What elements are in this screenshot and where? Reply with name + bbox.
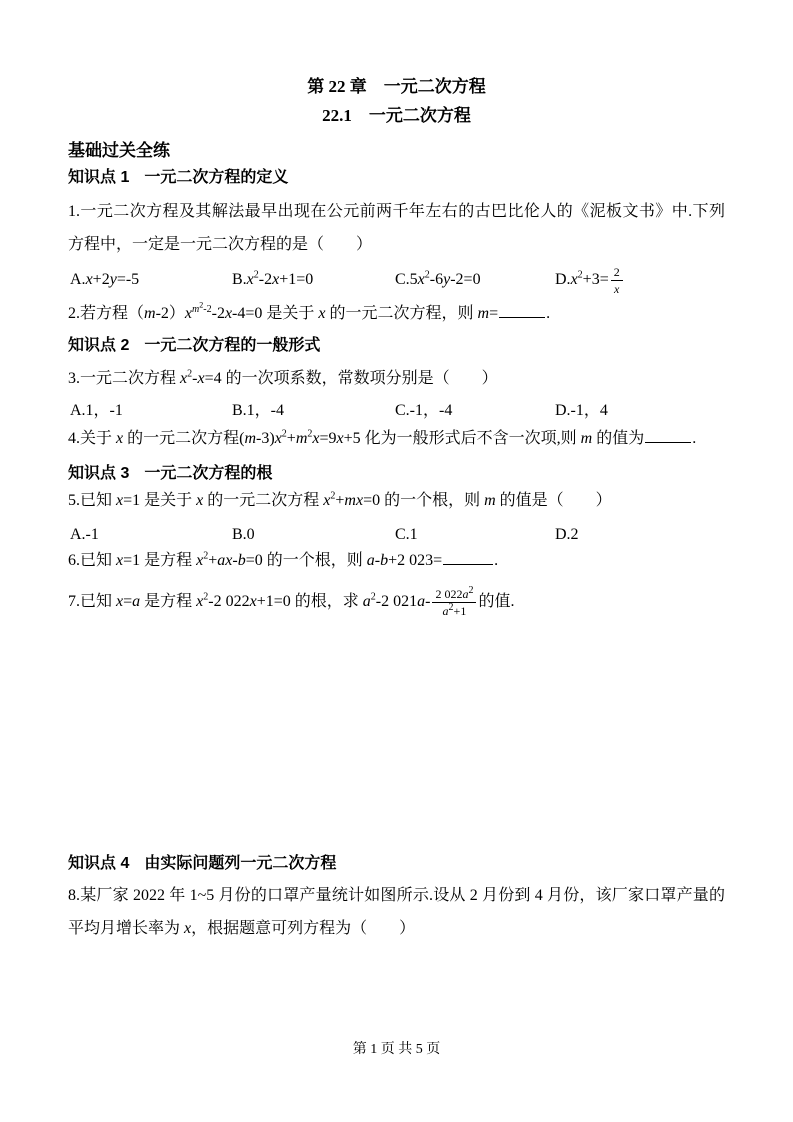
question-4: 4.关于 x 的一元二次方程(m-3)x2+m2x=9x+5 化为一般形式后不含… — [68, 422, 725, 455]
question-6-text: 6.已知 x=1 是方程 x2+ax-b=0 的一个根，则 a-b+2 023= — [68, 552, 442, 569]
knowledge-point-1-heading: 知识点 1一元二次方程的定义 — [68, 166, 725, 190]
fraction-denominator: x — [611, 281, 623, 297]
question-2-text: 2.若方程（m-2）xm2-2-2x-4=0 是关于 x 的一元二次方程，则 m… — [68, 305, 498, 322]
question-7-suffix: 的值. — [478, 593, 514, 610]
question-5-text: 5.已知 x=1 是关于 x 的一元二次方程 x2+mx=0 的一个根，则 m … — [68, 492, 612, 509]
question-1-option-c: C.5x2-6y-2=0 — [395, 270, 555, 290]
question-7: 7.已知 x=a 是方程 x2-2 022x+1=0 的根，求 a2-2 021… — [68, 577, 725, 627]
page-footer: 第 1 页 共 5 页 — [0, 1040, 793, 1060]
question-1-option-d: D.x2+3=2x — [555, 264, 727, 297]
knowledge-point-2-label: 知识点 2 — [68, 337, 129, 354]
fraction-numerator: 2 — [611, 264, 623, 281]
fraction: 2 022a2a2+1 — [432, 586, 476, 619]
question-8-line-2: 平均月增长率为 x，根据题意可列方程为（ ） — [68, 912, 725, 945]
question-2: 2.若方程（m-2）xm2-2-2x-4=0 是关于 x 的一元二次方程，则 m… — [68, 297, 725, 330]
question-1-option-b: B.x2-2x+1=0 — [232, 270, 395, 290]
knowledge-point-1-title: 一元二次方程的定义 — [144, 169, 288, 186]
question-4-text: 4.关于 x 的一元二次方程(m-3)x2+m2x=9x+5 化为一般形式后不含… — [68, 430, 644, 447]
fraction: 2x — [611, 264, 623, 297]
subsection-title: 22.1 一元二次方程 — [68, 103, 725, 129]
question-1: 1.一元二次方程及其解法最早出现在公元前两千年左右的古巴比伦人的《泥板文书》中.… — [68, 195, 725, 261]
question-8-line-1: 8.某厂家 2022 年 1~5 月份的口罩产量统计如图所示.设从 2 月份到 … — [68, 879, 725, 912]
question-7-text: 7.已知 x=a 是方程 x2-2 022x+1=0 的根，求 a2-2 021… — [68, 593, 430, 610]
answer-blank — [443, 549, 493, 565]
question-3: 3.一元二次方程 x2-x=4 的一次项系数，常数项分别是（ ） — [68, 362, 725, 395]
chapter-title: 第 22 章 一元二次方程 — [68, 74, 725, 100]
question-1-option-a: A.x+2y=-5 — [70, 270, 232, 290]
answer-blank — [645, 427, 691, 443]
question-4-period: . — [692, 430, 696, 447]
question-2-period: . — [546, 305, 550, 322]
worksheet-page: 第 22 章 一元二次方程 22.1 一元二次方程 基础过关全练 知识点 1一元… — [0, 0, 793, 1122]
knowledge-point-4-title: 由实际问题列一元二次方程 — [144, 855, 336, 872]
knowledge-point-1-label: 知识点 1 — [68, 169, 129, 186]
question-3-text: 3.一元二次方程 x2-x=4 的一次项系数，常数项分别是（ ） — [68, 370, 498, 387]
answer-blank — [499, 302, 545, 318]
figure-placeholder — [68, 640, 725, 840]
knowledge-point-3-label: 知识点 3 — [68, 465, 129, 482]
knowledge-point-3-title: 一元二次方程的根 — [144, 465, 272, 482]
knowledge-point-3-heading: 知识点 3一元二次方程的根 — [68, 462, 725, 486]
question-8: 8.某厂家 2022 年 1~5 月份的口罩产量统计如图所示.设从 2 月份到 … — [68, 879, 725, 945]
fraction-numerator: 2 022a2 — [432, 586, 476, 603]
knowledge-point-2-heading: 知识点 2一元二次方程的一般形式 — [68, 334, 725, 358]
knowledge-point-4-heading: 知识点 4由实际问题列一元二次方程 — [68, 852, 725, 876]
question-1-line-1: 1.一元二次方程及其解法最早出现在公元前两千年左右的古巴比伦人的《泥板文书》中.… — [68, 195, 725, 228]
question-6-period: . — [494, 552, 498, 569]
question-5: 5.已知 x=1 是关于 x 的一元二次方程 x2+mx=0 的一个根，则 m … — [68, 484, 725, 517]
practice-section-heading: 基础过关全练 — [68, 139, 725, 163]
question-1-option-d-text: D.x2+3= — [555, 271, 609, 288]
fraction-denominator: a2+1 — [432, 603, 476, 619]
knowledge-point-4-label: 知识点 4 — [68, 855, 129, 872]
question-6: 6.已知 x=1 是方程 x2+ax-b=0 的一个根，则 a-b+2 023=… — [68, 544, 725, 577]
knowledge-point-2-title: 一元二次方程的一般形式 — [144, 337, 320, 354]
